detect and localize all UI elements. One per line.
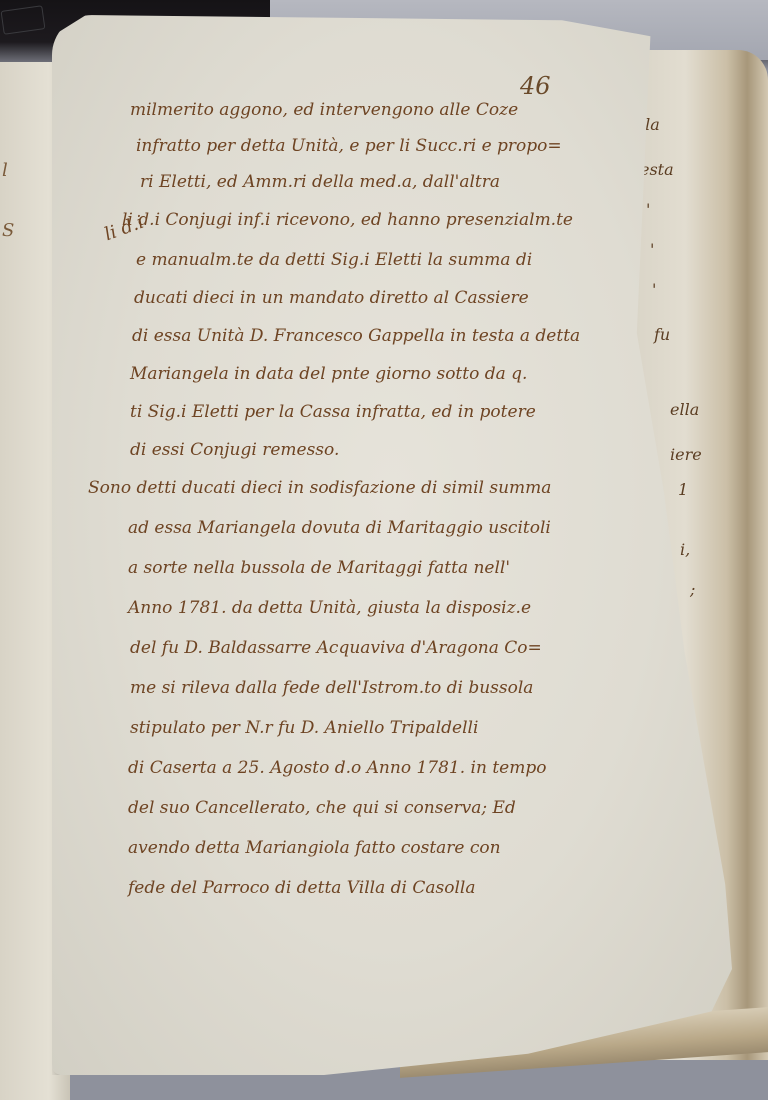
text-line: infratto per detta Unità, e per li Succ.… bbox=[136, 136, 562, 156]
right-fragment: ' bbox=[650, 240, 654, 259]
right-fragment: ; bbox=[690, 580, 695, 599]
text-line: Sono detti ducati dieci in sodisfazione … bbox=[88, 478, 551, 498]
right-fragment: fu bbox=[654, 325, 670, 344]
text-line: del suo Cancellerato, che qui si conserv… bbox=[128, 798, 516, 818]
text-line: e manualm.te da detti Sig.i Eletti la su… bbox=[136, 250, 532, 270]
text-line: stipulato per N.r fu D. Aniello Tripalde… bbox=[130, 718, 478, 738]
left-fragment: l bbox=[2, 160, 8, 181]
text-line: ti Sig.i Eletti per la Cassa infratta, e… bbox=[130, 402, 536, 422]
text-line: Mariangela in data del pnte giorno sotto… bbox=[130, 364, 527, 384]
right-fragment: 1 bbox=[678, 480, 688, 499]
right-fragment: ' bbox=[646, 200, 650, 219]
right-fragment: ella bbox=[670, 400, 699, 419]
text-line: di Caserta a 25. Agosto d.o Anno 1781. i… bbox=[128, 758, 546, 778]
text-line: avendo detta Mariangiola fatto costare c… bbox=[128, 838, 501, 858]
text-line: di essi Conjugi remesso. bbox=[130, 440, 339, 460]
right-fragment: i, bbox=[680, 540, 690, 559]
text-line: li d.i Conjugi inf.i ricevono, ed hanno … bbox=[122, 210, 573, 230]
text-line: Anno 1781. da detta Unità, giusta la dis… bbox=[128, 598, 531, 618]
left-fragment: S bbox=[2, 220, 14, 241]
page-number: 46 bbox=[520, 72, 551, 100]
right-fragment: esta bbox=[640, 160, 674, 179]
text-line: a sorte nella bussola de Maritaggi fatta… bbox=[128, 558, 510, 578]
text-line: ducati dieci in un mandato diretto al Ca… bbox=[134, 288, 529, 308]
right-fragment: iere bbox=[670, 445, 702, 464]
text-line: ri Eletti, ed Amm.ri della med.a, dall'a… bbox=[140, 172, 500, 192]
text-line: ad essa Mariangela dovuta di Maritaggio … bbox=[128, 518, 551, 538]
text-line: fede del Parroco di detta Villa di Casol… bbox=[128, 878, 475, 898]
text-line: di essa Unità D. Francesco Gappella in t… bbox=[132, 326, 580, 346]
text-line: del fu D. Baldassarre Acquaviva d'Aragon… bbox=[130, 638, 542, 658]
right-fragment: ' bbox=[652, 280, 656, 299]
text-line: milmerito aggono, ed intervengono alle C… bbox=[130, 100, 518, 120]
text-line: me si rileva dalla fede dell'Istrom.to d… bbox=[130, 678, 533, 698]
